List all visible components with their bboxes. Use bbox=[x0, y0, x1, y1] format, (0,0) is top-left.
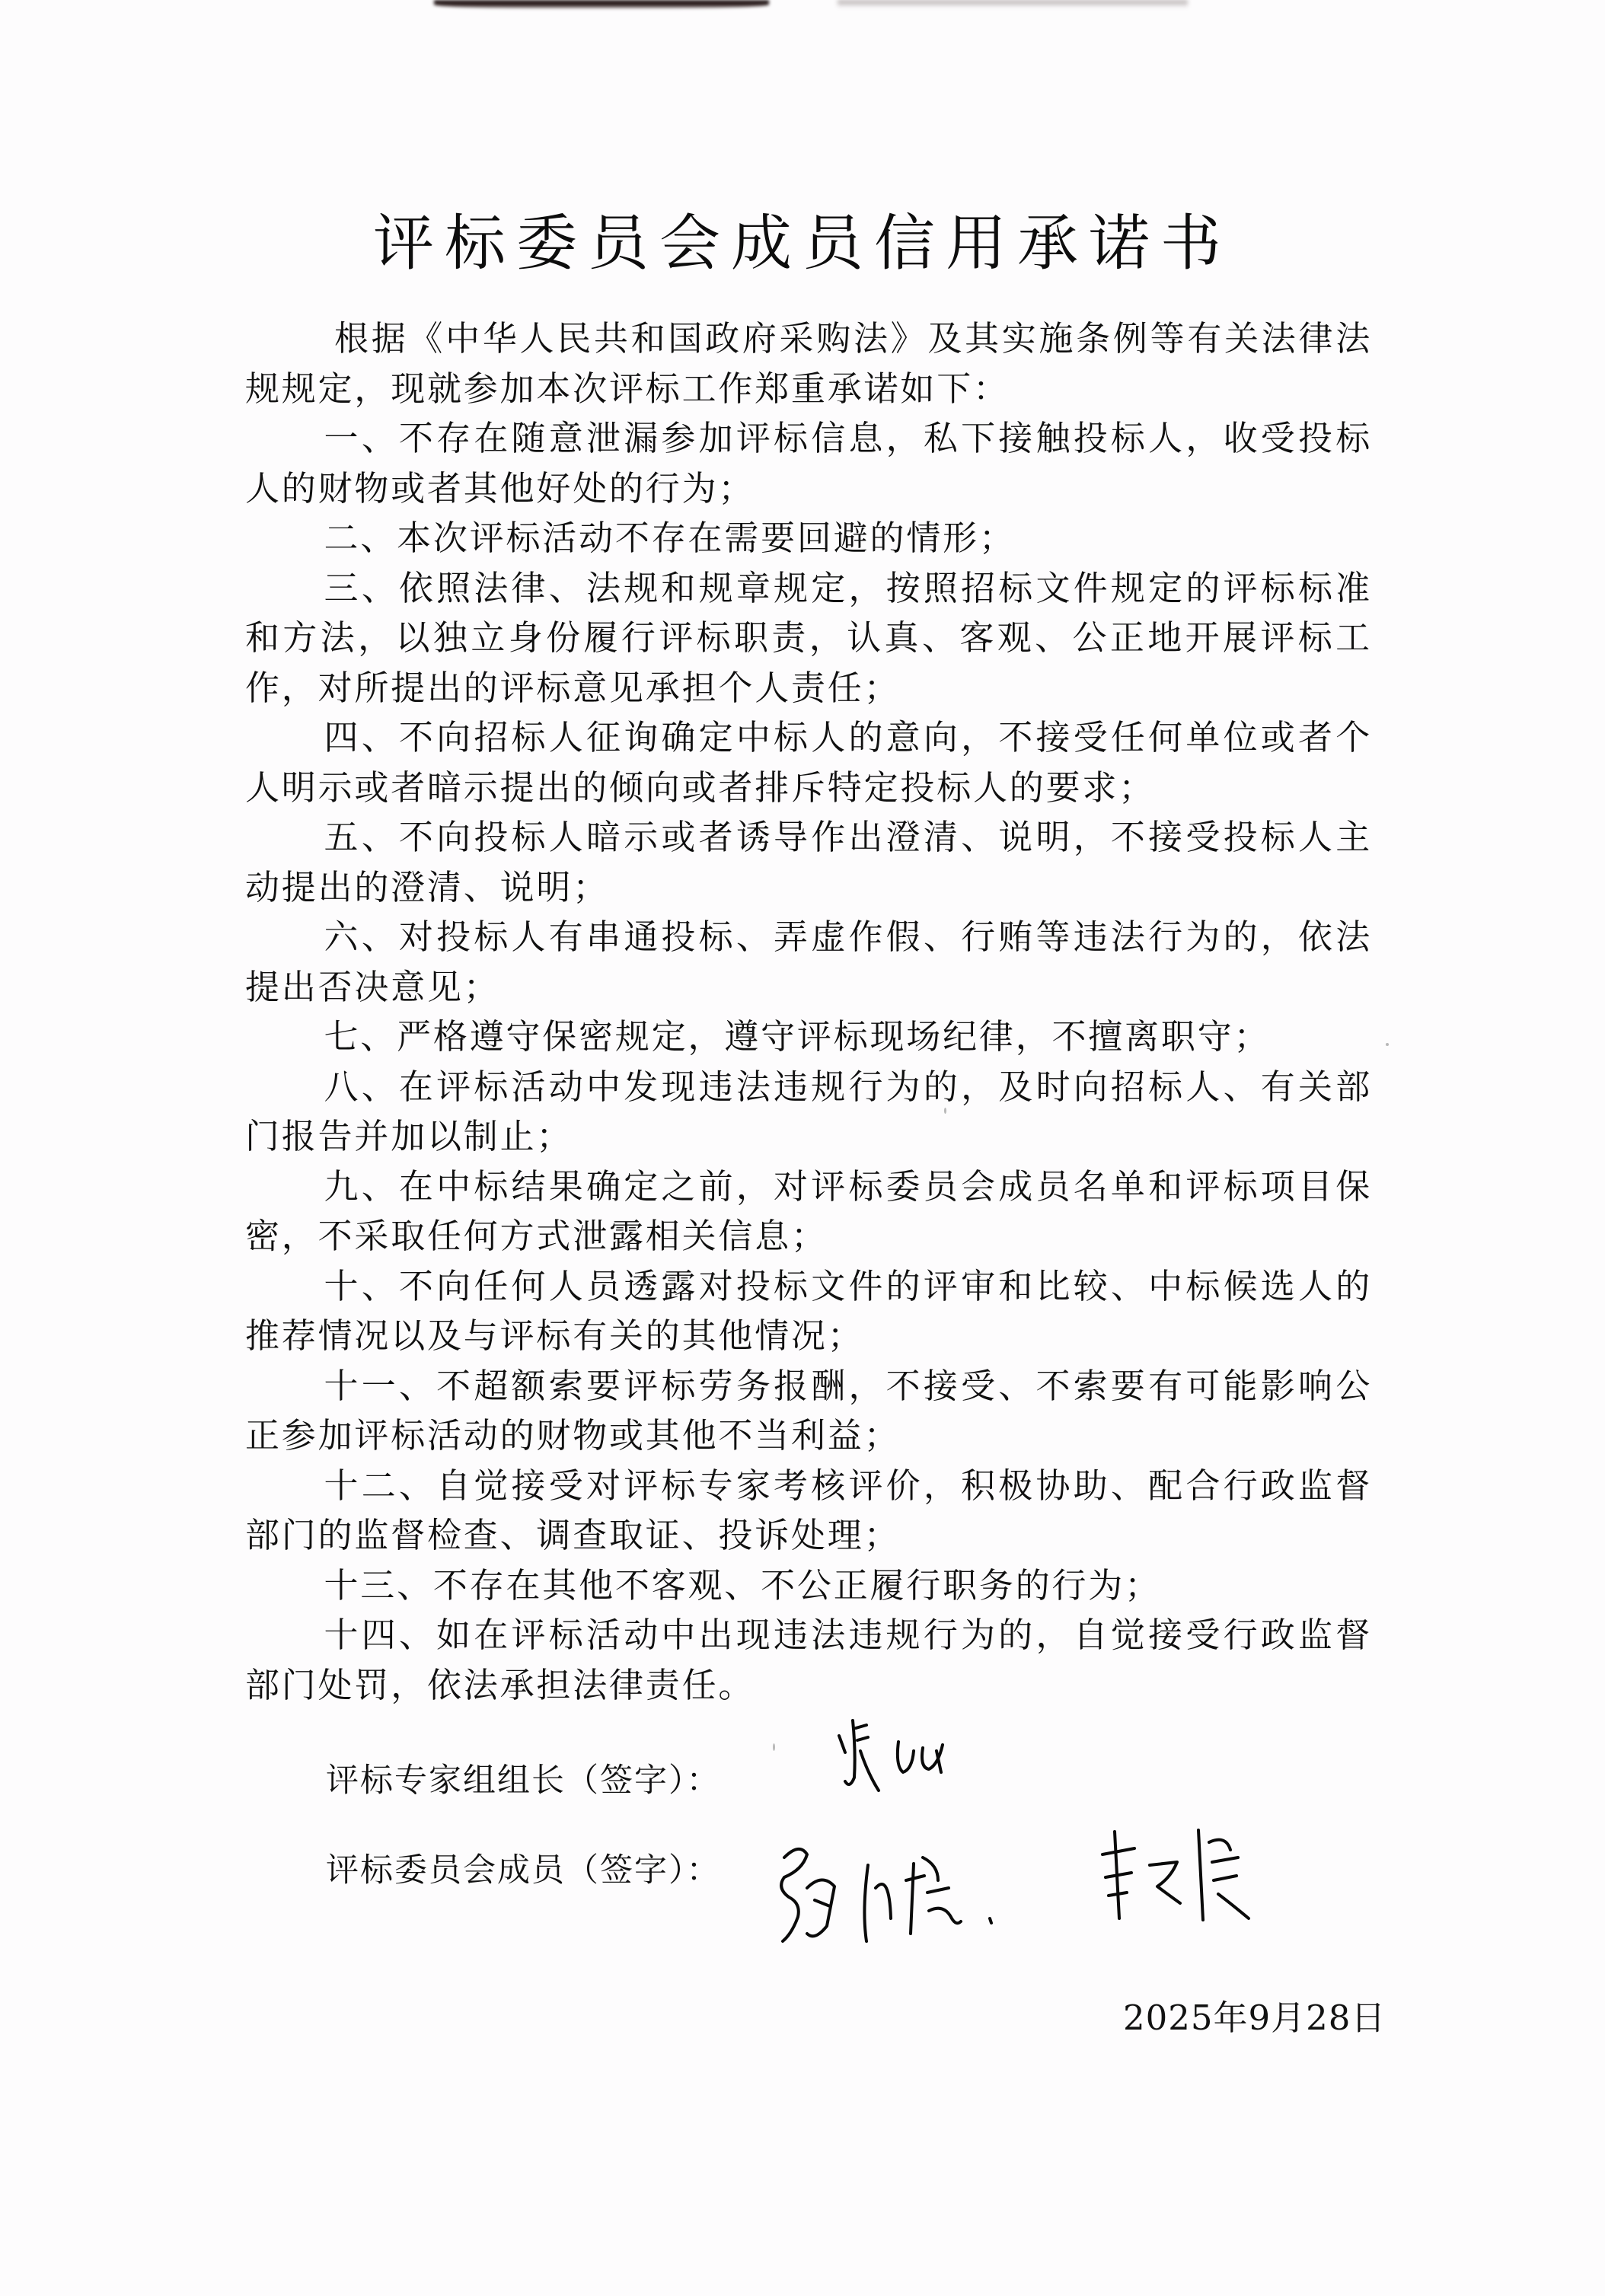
commitment-item: 十、不向任何人员透露对投标文件的评审和比较、中标候选人的推荐情况以及与评标有关的… bbox=[245, 1261, 1372, 1361]
member-signature bbox=[1096, 1819, 1287, 1934]
commitment-item: 四、不向招标人征询确定中标人的意向，不接受任何单位或者个人明示或者暗示提出的倾向… bbox=[245, 713, 1372, 812]
scan-edge-artifact bbox=[838, 0, 1188, 8]
commitment-item: 八、在评标活动中发现违法违规行为的，及时向招标人、有关部门报告并加以制止； bbox=[245, 1062, 1372, 1162]
commitment-item: 三、依照法律、法规和规章规定，按照招标文件规定的评标标准和方法，以独立身份履行评… bbox=[245, 563, 1372, 713]
commitment-item: 十一、不超额索要评标劳务报酬，不接受、不索要有可能影响公正参加评标活动的财物或其… bbox=[245, 1361, 1372, 1461]
commitment-item: 九、在中标结果确定之前，对评标委员会成员名单和评标项目保密，不采取任何方式泄露相… bbox=[245, 1162, 1372, 1261]
commitment-item: 十二、自觉接受对评标专家考核评价，积极协助、配合行政监督部门的监督检查、调查取证… bbox=[245, 1461, 1372, 1561]
leader-signature-label: 评标专家组组长（签字）： bbox=[326, 1765, 721, 1797]
commitment-item: 六、对投标人有串通投标、弄虚作假、行贿等违法行为的，依法提出否决意见； bbox=[245, 912, 1372, 1012]
members-signature-label: 评标委员会成员（签字）： bbox=[326, 1854, 721, 1887]
leader-signature bbox=[830, 1705, 1020, 1804]
member-signature bbox=[761, 1827, 1020, 1956]
scan-speck bbox=[1386, 1043, 1389, 1046]
scan-speck bbox=[944, 1108, 946, 1114]
commitment-item: 一、不存在随意泄漏参加评标信息，私下接触投标人，收受投标人的财物或者其他好处的行… bbox=[245, 413, 1372, 513]
commitment-item: 二、本次评标活动不存在需要回避的情形； bbox=[245, 513, 1372, 563]
date: 2025年9月28日 bbox=[1123, 2001, 1386, 2035]
page-title: 评标委员会成员信用承诺书 bbox=[0, 213, 1605, 274]
scan-edge-artifact bbox=[434, 0, 769, 9]
commitment-item: 五、不向投标人暗示或者诱导作出澄清、说明，不接受投标人主动提出的澄清、说明； bbox=[245, 812, 1372, 912]
commitment-body: 根据《中华人民共和国政府采购法》及其实施条例等有关法律法规规定，现就参加本次评标… bbox=[245, 314, 1372, 1710]
commitment-item: 七、严格遵守保密规定，遵守评标现场纪律，不擅离职守； bbox=[245, 1012, 1372, 1062]
scan-speck bbox=[773, 1743, 775, 1751]
commitment-item: 十三、不存在其他不客观、不公正履行职务的行为； bbox=[245, 1561, 1372, 1611]
intro-paragraph: 根据《中华人民共和国政府采购法》及其实施条例等有关法律法规规定，现就参加本次评标… bbox=[245, 314, 1372, 413]
commitment-item: 十四、如在评标活动中出现违法违规行为的，自觉接受行政监督部门处罚，依法承担法律责… bbox=[245, 1610, 1372, 1710]
